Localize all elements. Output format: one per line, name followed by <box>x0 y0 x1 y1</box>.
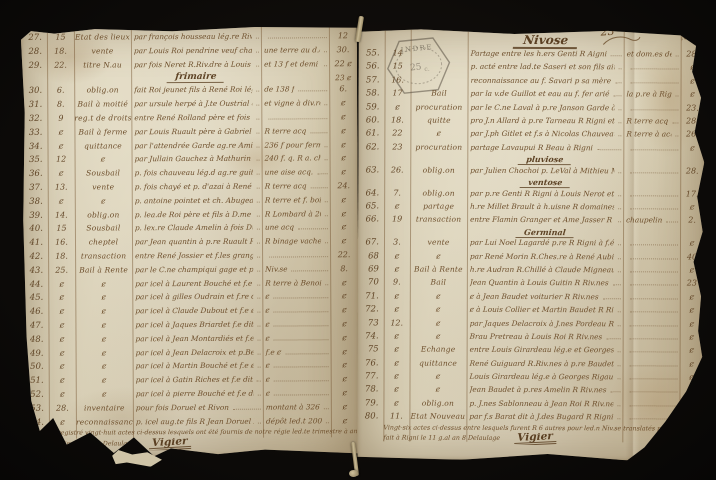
dotted-leader <box>257 181 260 189</box>
act-type: Bail <box>411 87 468 101</box>
folio-ref: ȼ <box>681 61 705 74</box>
folio-ref: ȼ <box>680 141 704 154</box>
act-type: titre N.au <box>74 58 131 72</box>
entry-number: 77. <box>357 370 383 384</box>
month-name: frimaire <box>167 72 225 83</box>
register-row: 61.22ȼpar J.ph Gitlet et f.s à Nicolas C… <box>358 127 704 142</box>
entry-number: 75 <box>358 344 384 358</box>
act-type: quittance <box>410 356 467 370</box>
act-description: entre Flamin Granger et Ame Jasser R p. … <box>467 213 623 227</box>
register-row: 77.ȼȼLouis Girardeau lég.e à Georges Rig… <box>358 369 704 384</box>
entry-number: 40. <box>22 223 48 237</box>
act-note: R terre et f. bois <box>262 193 330 207</box>
act-note <box>623 318 680 326</box>
dotted-leader <box>298 84 327 92</box>
dotted-leader <box>618 264 621 272</box>
dotted-leader <box>676 89 679 97</box>
entry-number: 55. <box>359 47 385 61</box>
day-number: ȼ <box>48 305 75 319</box>
act-description: par fois Neret R.Riv.dre à Louis Demargé <box>131 57 261 71</box>
folio-ref: ȼ <box>680 357 704 370</box>
act-type: Sousbail <box>75 166 132 180</box>
dotted-leader <box>672 115 678 123</box>
act-description: entre René Rolland père et fois lég.r au… <box>131 111 261 125</box>
act-note: une acq <box>262 221 330 235</box>
closing-date: 10 frimaire an 8 DelaulageVigier <box>49 437 360 450</box>
entry-number: 38. <box>22 195 48 209</box>
register-row: 75ȼEchangeentre Louis Girardeau lég.e et… <box>358 343 704 358</box>
act-type: procuration <box>410 140 467 154</box>
dotted-leader <box>256 112 259 120</box>
entry-number: 45. <box>22 292 48 306</box>
act-description: p. icel aug.te fils R Jean Doruel R Riv.… <box>133 414 263 428</box>
act-description: par Jullain Gauchez à Mathurin chuin R.d… <box>132 152 262 166</box>
dotted-leader <box>613 88 621 96</box>
folio-ref: 2 <box>679 411 703 424</box>
dotted-leader <box>618 115 621 123</box>
register-row: 65.ȼpartageh.re Millet Brault à h.uisne … <box>358 199 704 214</box>
act-description: par Louis Ruault père à Gabriel Morin et… <box>131 124 261 138</box>
dotted-leader <box>258 388 261 396</box>
act-description: Jean Quantin à Louis Guitin R Riv.nes <box>467 276 623 290</box>
register-row: 58.17Bailpar la v.de Guillot et eau au f… <box>359 87 705 102</box>
folio-ref: ȼ <box>680 330 704 343</box>
dotted-leader <box>618 371 621 379</box>
day-number: 16. <box>385 73 411 86</box>
day-number: 16. <box>48 236 75 250</box>
act-type: ȼ <box>75 194 132 208</box>
register-row: 31.8.Bail à moitiépar ursule herpé à J.t… <box>21 96 357 112</box>
folio-ref: 28. <box>680 164 704 177</box>
act-description: par Lui Noel Lagardé p.re R Rigni à f.ér… <box>467 236 623 250</box>
day-number: ȼ <box>49 346 76 360</box>
dotted-leader <box>617 398 620 406</box>
day-number: 25. <box>48 263 75 277</box>
dotted-leader <box>631 62 679 70</box>
register-row: 78.ȼȼJean Baudet à p.res Amelin R Riv.ne… <box>357 383 703 398</box>
entry-number: 31. <box>21 99 47 113</box>
dotted-leader <box>597 142 621 150</box>
register-row: 54.ȼreconnaissancep. icel aug.te fils R … <box>23 414 359 430</box>
folio-ref: 6. <box>329 83 357 97</box>
act-type: partage <box>410 199 467 213</box>
entry-number: 51. <box>23 375 49 389</box>
dotted-leader <box>317 166 328 174</box>
act-type: vente <box>410 236 467 250</box>
right-page-footer: Vingt-six actes ci-dessus entre lesquels… <box>383 424 703 445</box>
act-description: par l'attendrée Garde ag.re Amis au R di… <box>131 138 261 152</box>
dotted-leader <box>630 304 678 312</box>
entry-number: 36. <box>21 168 47 182</box>
act-type: Etat Nouveau <box>409 410 466 424</box>
dotted-leader <box>675 129 678 137</box>
day-number: ȼ <box>384 100 410 113</box>
register-row: 59.ȼprocurationpar le C.ne Laval à p.re … <box>358 100 704 115</box>
act-type: ȼ <box>409 383 466 397</box>
day-number: 3. <box>384 236 410 249</box>
act-type: oblig.on <box>409 396 466 410</box>
register-row: 44.ȼȼpar icel à Laurent Bouché et f.e R … <box>22 276 358 292</box>
folio-ref: 22. <box>330 248 358 262</box>
register-row: 71.ȼȼȼ à Jean Baudet voiturier R Riv.nes… <box>358 289 704 304</box>
day-number: ȼ <box>384 356 410 369</box>
dotted-leader <box>630 165 678 173</box>
day-number: ȼ <box>48 167 75 181</box>
register-row: 29.22.titre N.aupar fois Neret R.Riv.dre… <box>21 57 357 73</box>
act-note <box>623 345 680 353</box>
dotted-leader <box>630 371 678 379</box>
folio-ref: ȼ <box>330 303 358 317</box>
register-row: 28.18.ventepar Louis Roi pendrine veuf c… <box>21 43 357 59</box>
act-note: chaupelin <box>623 214 680 228</box>
day-number: 12 <box>48 153 75 167</box>
dotted-leader <box>618 237 621 245</box>
day-number: 15 <box>385 60 411 73</box>
dotted-leader <box>257 250 260 258</box>
scanned-register-photo: 27.15Etat des lieuxpar françois housseau… <box>0 0 716 480</box>
folio-ref: 8. <box>330 262 358 276</box>
day-number: ȼ <box>49 415 76 429</box>
folio-ref: ȼ <box>680 371 704 384</box>
act-note <box>623 331 680 339</box>
dotted-leader <box>310 180 327 188</box>
folio-ref: ȼ <box>331 400 359 414</box>
act-type: Bail à moitié <box>74 97 131 111</box>
act-type: ȼ <box>410 289 467 303</box>
register-row: 57.16.reconnaissance au f. Savari p sa m… <box>359 73 705 88</box>
register-row: 39.14.oblig.onp. lea.de Roi père et fils… <box>22 207 358 223</box>
dotted-leader <box>630 201 678 209</box>
act-type: inventaire <box>76 401 133 415</box>
act-type: oblig.on <box>75 208 132 222</box>
folio-ref: ȼ <box>330 276 358 290</box>
act-type: cheptel <box>75 235 132 249</box>
folio-ref: 28. <box>680 114 704 127</box>
dotted-leader <box>310 125 327 133</box>
act-description: par icel à Jean Delacroix et p.Benoir <box>133 345 263 359</box>
dotted-leader <box>613 278 621 286</box>
act-description: par J.ph Gitlet et f.s à Nicolas Chauvea… <box>467 127 623 141</box>
act-type: Sousbail <box>75 222 132 236</box>
act-type: ȼ <box>410 127 467 141</box>
folio-ref: 12 <box>329 29 357 43</box>
act-note <box>624 75 681 83</box>
folio-ref: ȼ <box>331 414 359 428</box>
act-description: ȼ à Louis Collier et Martin Baudet R Riv… <box>467 303 623 317</box>
folio-ref: ȼ <box>331 358 359 372</box>
entry-number: 80. <box>357 411 383 425</box>
act-note: dépôt led.t 200 <box>263 414 331 428</box>
act-note: et 13 f et demi bef.te <box>261 57 329 71</box>
register-row: 56.15p. acté entre lad.te Saseri et son … <box>359 60 705 75</box>
entry-number: 34. <box>21 140 47 154</box>
dotted-leader <box>257 374 261 382</box>
day-number: 11. <box>383 410 409 423</box>
day-number: 18. <box>48 250 75 264</box>
day-number: ȼ <box>384 262 410 275</box>
act-description: par Jaques Delacroix à J.nes Pordeau R R… <box>467 316 623 330</box>
act-note <box>622 385 679 393</box>
register-row: 63.26.oblig.onpar Julien Chochoi p. LeVa… <box>358 163 704 178</box>
act-description: par ursule herpé à J.te Oustrial ag.re C… <box>131 97 261 111</box>
entry-number: 74. <box>358 330 384 344</box>
dotted-leader <box>603 291 621 299</box>
day-number: ȼ <box>47 125 74 139</box>
entry-number: 37. <box>22 181 48 195</box>
dotted-leader <box>325 153 328 161</box>
act-type: ȼ <box>76 346 133 360</box>
dotted-leader <box>257 332 260 340</box>
folio-ref: 2. <box>680 214 704 227</box>
act-description: par icel à pierre Bouché et f.e dit <box>133 387 263 401</box>
act-description: p. fois chauveau lég.d ag.re guitton et … <box>132 166 262 180</box>
act-description: par Julien Chochoi p. LeVal à Mithieu Ma… <box>467 163 623 177</box>
day-number: 15 <box>47 31 74 45</box>
dotted-leader <box>630 358 678 366</box>
act-note: la p.re à Rigni <box>624 87 681 101</box>
folio-ref: ȼ <box>330 331 358 345</box>
folio-ref: 24. <box>330 179 358 193</box>
dotted-leader <box>324 58 327 66</box>
act-type: reconnaissance <box>76 415 133 429</box>
act-description: entre Louis Girardeau lég.e et Georges R… <box>467 343 623 357</box>
entry-number: 79. <box>357 397 383 411</box>
left-register-rows: 27.15Etat des lieuxpar françois housseau… <box>21 25 359 429</box>
dotted-leader <box>257 305 260 313</box>
page-right: 23 Niv.se Nivose INDRE 25 c. 55.14Partag… <box>357 27 705 460</box>
dotted-leader <box>618 318 621 326</box>
dotted-leader <box>325 235 328 243</box>
act-type: Bail à Rente <box>410 263 467 277</box>
act-type: oblig.on <box>410 186 467 200</box>
act-note <box>622 412 679 420</box>
entry-number: 53. <box>23 402 49 416</box>
entry-number: 54. <box>23 416 49 430</box>
entry-number: 48. <box>22 333 48 347</box>
act-description: pour fois Doruel et Rivon <box>133 400 263 414</box>
dotted-leader <box>257 319 260 327</box>
act-type: ȼ <box>76 360 133 374</box>
act-description: ȼ à Jean Baudet voiturier R Riv.nes <box>467 290 623 304</box>
day-number: ȼ <box>383 396 409 409</box>
act-description: par icel à Claude Dubout et f.e ȼ <box>132 304 262 318</box>
entry-number: 29. <box>21 59 47 73</box>
act-note: Niv.se <box>262 262 330 276</box>
day-number: ȼ <box>49 388 76 402</box>
day-number: ȼ <box>384 370 410 383</box>
act-description: p. lex.re Claude Amelin à fois Dubl.ra R… <box>132 221 262 235</box>
day-number: 22. <box>47 58 74 72</box>
dotted-leader <box>257 222 260 230</box>
register-row: 80.11.Etat Nouveaupar f.s Barat dit à J.… <box>357 410 703 425</box>
entry-number: 73 <box>358 317 384 331</box>
act-type: transaction <box>410 213 467 227</box>
act-note: une aise acq. <box>262 165 330 179</box>
entry-number: 46. <box>22 306 48 320</box>
folio-ref: 23 <box>680 277 704 290</box>
day-number: 17 <box>385 87 411 100</box>
dotted-leader <box>630 278 678 286</box>
day-number: 12. <box>384 316 410 329</box>
registrar-signature: Vigier <box>149 437 191 450</box>
folio-ref: ȼ <box>331 372 359 386</box>
folio-ref: ȼ <box>330 234 358 248</box>
act-note: ȼ <box>263 386 331 400</box>
dotted-leader <box>325 208 328 216</box>
act-description: par icel à Laurent Bouché et f.e R Benoi… <box>132 276 262 290</box>
day-number: 18. <box>47 44 74 58</box>
register-row: 68ȼȼpar René Morin R.Ches.re à René Aubi… <box>358 249 704 264</box>
dotted-leader <box>291 263 328 271</box>
dotted-leader <box>630 318 678 326</box>
folio-ref: ȼ <box>329 124 357 138</box>
day-number: 9 <box>47 112 74 126</box>
act-note: de 138 f <box>261 83 329 97</box>
dotted-leader <box>256 139 259 147</box>
register-row: 7312.ȼpar Jaques Delacroix à J.nes Porde… <box>358 316 704 331</box>
act-description: reconnaissance au f. Savari p sa mère <box>468 74 624 88</box>
dotted-leader <box>273 291 328 299</box>
act-description: pro J.n Allard à p.re Tarneau R Rigni et… <box>467 114 623 128</box>
register-row: 41.16.cheptelpar Jean quantin à p.re Rua… <box>22 234 358 250</box>
day-number: 28. <box>49 401 76 415</box>
entry-number: 62. <box>358 141 384 155</box>
act-note <box>623 251 680 259</box>
day-number: ȼ <box>48 319 75 333</box>
dotted-leader <box>618 215 621 223</box>
act-description: par icel à Jaques Briardet f.e dit <box>132 318 262 332</box>
act-description: par Louis Roi pendrine veuf chaudeau <box>131 43 261 57</box>
dotted-leader <box>606 331 620 339</box>
folio-ref: ȼ <box>330 317 358 331</box>
dotted-leader <box>618 304 621 312</box>
entry-number: 50. <box>23 361 49 375</box>
entry-number: 35. <box>21 154 47 168</box>
dotted-leader <box>257 194 260 202</box>
act-description: p. lea.de Roi père et fils à D.me cheval… <box>132 207 262 221</box>
dotted-leader <box>629 412 677 420</box>
dotted-leader <box>618 201 621 209</box>
dotted-leader <box>629 398 677 406</box>
act-type: ȼ <box>410 249 467 263</box>
act-description: par le C.ne champiqui gage et papeliqui … <box>132 262 262 276</box>
entry-number: 52. <box>23 388 49 402</box>
register-row: 79.ȼoblig.onp. J.nes Sablonneau à Jean R… <box>357 396 703 411</box>
entry-number: 56. <box>359 61 385 75</box>
act-description: Louis Girardeau lég.e à Georges Rigault … <box>467 370 623 384</box>
entry-number: 78. <box>357 384 383 398</box>
dotted-leader <box>619 62 622 70</box>
act-note <box>623 165 680 173</box>
register-row: 709.BailJean Quantin à Louis Guitin R Ri… <box>358 276 704 291</box>
dotted-leader <box>618 165 621 173</box>
folio-ref: ȼ <box>330 151 358 165</box>
act-type: vente <box>75 180 132 194</box>
register-row: 38.ȼȼp. antoine pointet et ch. Abugeai a… <box>22 193 358 209</box>
register-row: 66.19transactionentre Flamin Granger et … <box>358 213 704 228</box>
day-number: ȼ <box>48 332 75 346</box>
dotted-leader <box>257 236 260 244</box>
act-type: ȼ <box>76 373 133 387</box>
act-description: Partage entre les h.ers Genti R Aigni <box>468 47 624 61</box>
entry-number: 65. <box>358 200 384 214</box>
entry-number: 70 <box>358 277 384 291</box>
act-note: ȼ <box>262 303 330 317</box>
act-type: ȼ <box>410 316 467 330</box>
folio-ref: 23. <box>680 101 704 114</box>
entry-number: 42. <box>22 250 48 264</box>
day-number: 26. <box>384 163 410 176</box>
dotted-leader <box>630 188 678 196</box>
entry-number: 30. <box>21 85 47 99</box>
act-description: par icel à gilles Oudrain et f.re de Ben… <box>132 290 262 304</box>
dotted-leader <box>257 153 260 161</box>
act-note: ȼ <box>263 372 331 386</box>
dotted-leader <box>257 208 260 216</box>
dotted-leader <box>257 167 260 175</box>
entry-number: 66. <box>358 214 384 228</box>
dotted-leader <box>324 401 329 409</box>
dotted-leader <box>256 84 259 92</box>
folio-ref: ȼ <box>680 290 704 303</box>
entry-number: 39. <box>22 209 48 223</box>
act-note: R binage vache <box>262 234 330 248</box>
folio-ref: ȼ <box>680 344 704 357</box>
act-type: oblig.on <box>410 163 467 177</box>
dotted-leader <box>285 346 329 354</box>
day-number: 13. <box>48 181 75 195</box>
day-number: ȼ <box>384 303 410 316</box>
entry-number: 72. <box>358 303 384 317</box>
dotted-leader <box>268 30 327 38</box>
act-type: quitte <box>410 114 467 128</box>
day-number: ȼ <box>384 329 410 342</box>
folio-ref: ȼ <box>680 88 704 101</box>
act-type: procuration <box>410 100 467 114</box>
dotted-leader <box>630 345 678 353</box>
act-description: p. acté entre lad.te Saseri et son fils … <box>468 60 624 74</box>
day-number: ȼ <box>383 383 409 396</box>
act-description: fait Roi jeunet fils à René Roi lég.re d… <box>131 83 261 97</box>
day-number: 8. <box>47 98 74 112</box>
register-row: 69ȼBail à Renteh.re Audran R.Chillé à Cl… <box>358 262 704 277</box>
act-type: Bail à Rente <box>75 263 132 277</box>
act-description: par f.s Barat dit à J.des Bugard R Rigni <box>466 410 622 424</box>
dotted-leader <box>324 139 327 147</box>
dotted-leader <box>618 188 621 196</box>
dotted-leader <box>630 264 678 272</box>
act-type: ȼ <box>75 332 132 346</box>
folio-ref: ȼ <box>680 263 704 276</box>
day-number: ȼ <box>48 194 75 208</box>
act-type: ȼ <box>75 318 132 332</box>
dotted-leader <box>324 97 327 105</box>
dotted-leader <box>676 49 679 57</box>
act-description: par p.re Genti R Rigni à Louis Nerot et … <box>467 186 623 200</box>
act-type: quittance <box>74 139 131 153</box>
dotted-leader <box>273 304 328 312</box>
dotted-leader <box>268 111 327 119</box>
dotted-leader <box>274 360 329 368</box>
day-number: 9. <box>384 276 410 289</box>
entry-number: 43. <box>22 264 48 278</box>
dotted-leader <box>324 44 327 52</box>
dotted-leader <box>298 222 328 230</box>
act-type: ȼ <box>75 304 132 318</box>
register-row: 53.28.inventairepour fois Doruel et Rivo… <box>23 400 359 416</box>
entry-number: 28. <box>21 45 47 59</box>
act-note <box>623 358 680 366</box>
